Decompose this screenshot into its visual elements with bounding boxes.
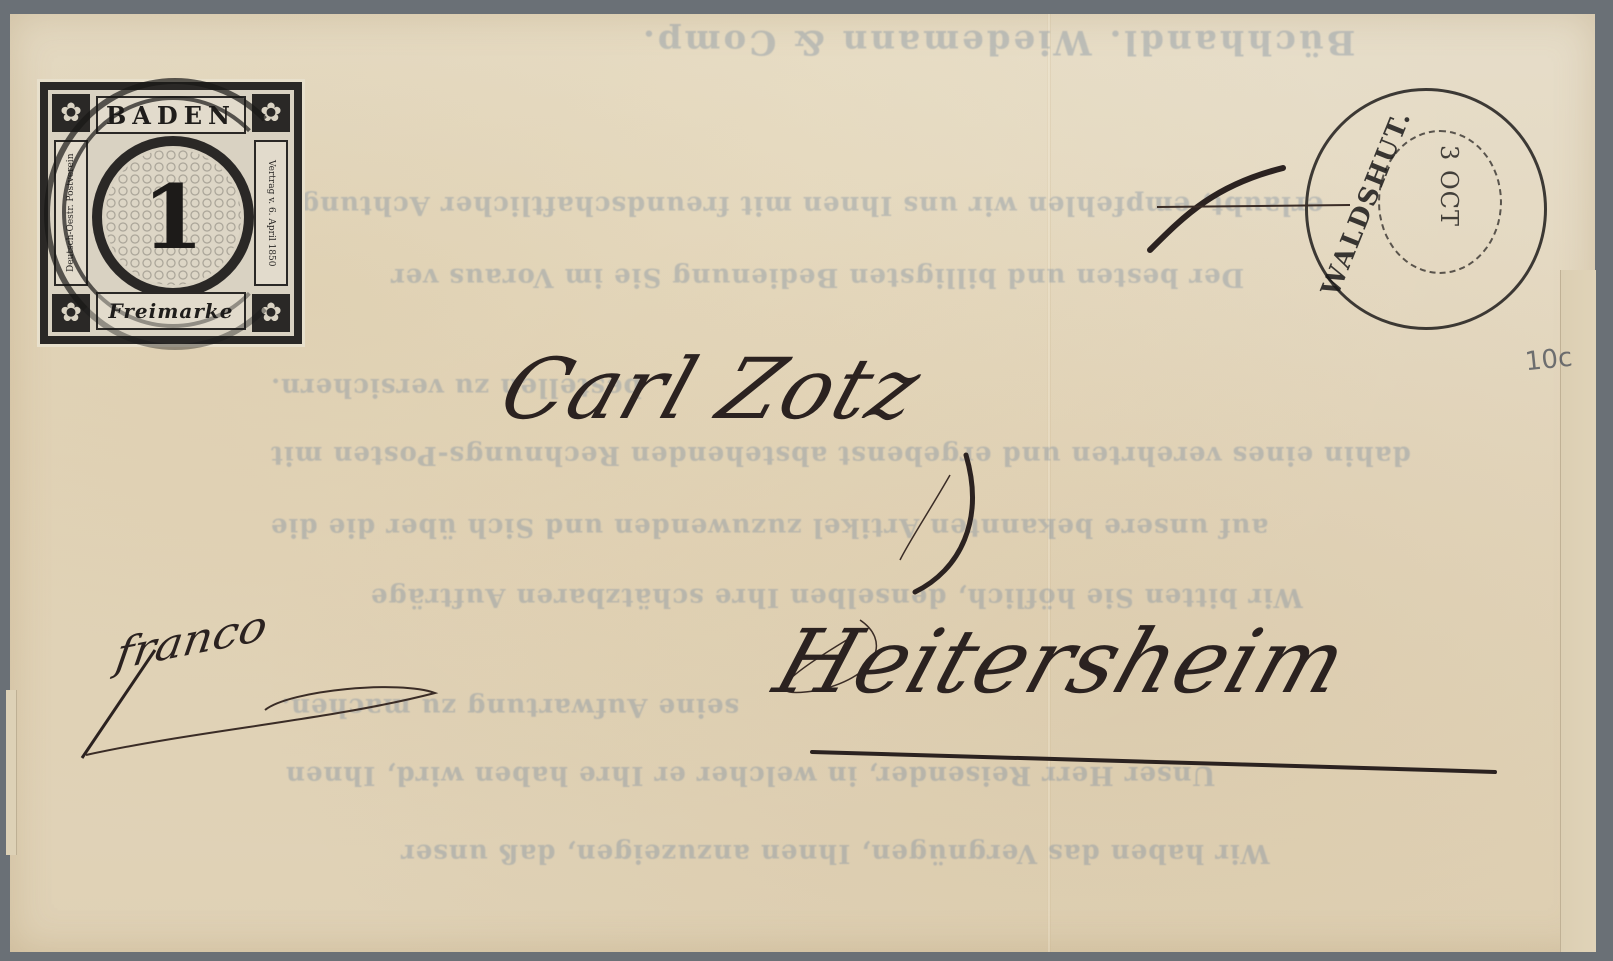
rosette-icon: ✿ (252, 294, 290, 332)
showthrough-line: seine Aufwartung zu machen. (280, 692, 739, 722)
stamp-frame: ✿ ✿ ✿ ✿ BADEN Deutsch-Oestr. Postverein … (46, 88, 296, 338)
stamp-value: 1 (142, 173, 203, 261)
postage-stamp: ✿ ✿ ✿ ✿ BADEN Deutsch-Oestr. Postverein … (40, 82, 302, 344)
stamp-side-text-right: Vertrag v. 6. April 1850 (254, 140, 288, 286)
showthrough-line: Wir haben das Vergnügen, Ihnen anzuzeige… (400, 838, 1270, 868)
stamp-medallion: 1 (92, 136, 254, 298)
addressee-name: Carl Zotz (489, 340, 934, 438)
stamp-inscription: Freimarke (96, 292, 246, 330)
letter-flap-left (6, 690, 17, 855)
stamp-guilloche: 1 (102, 146, 244, 288)
showthrough-line: Wir bitten Sie höflich, denselben Ihre s… (370, 582, 1303, 612)
paper-fold (1047, 14, 1051, 952)
rosette-icon: ✿ (252, 94, 290, 132)
rosette-icon: ✿ (52, 94, 90, 132)
postmark-month: OCT (1435, 170, 1463, 227)
stamp-country: BADEN (96, 96, 246, 134)
postmark-date: 3 OCT (1435, 145, 1463, 227)
showthrough-line: auf unsere bekannten Artikel zuzuwenden … (270, 512, 1268, 542)
destination-town: Heitersheim (763, 610, 1359, 713)
pencil-note: 10c (1524, 343, 1574, 378)
rosette-icon: ✿ (52, 294, 90, 332)
postmark-day: 3 (1435, 145, 1463, 161)
showthrough-line: erlaubt, empfehlen wir uns Ihnen mit fre… (300, 190, 1323, 220)
showthrough-line: dahin eines verehrten und ergebenst abst… (270, 440, 1411, 470)
showthrough-title: Büchhandl. Wiedemann & Comp. (640, 22, 1355, 62)
showthrough-line: Unser Herr Reisender, in welcher er Ihre… (285, 760, 1215, 790)
stamp-side-text-left: Deutsch-Oestr. Postverein (54, 140, 88, 286)
showthrough-line: Der besten und billigsten Bedienung Sie … (390, 262, 1244, 292)
